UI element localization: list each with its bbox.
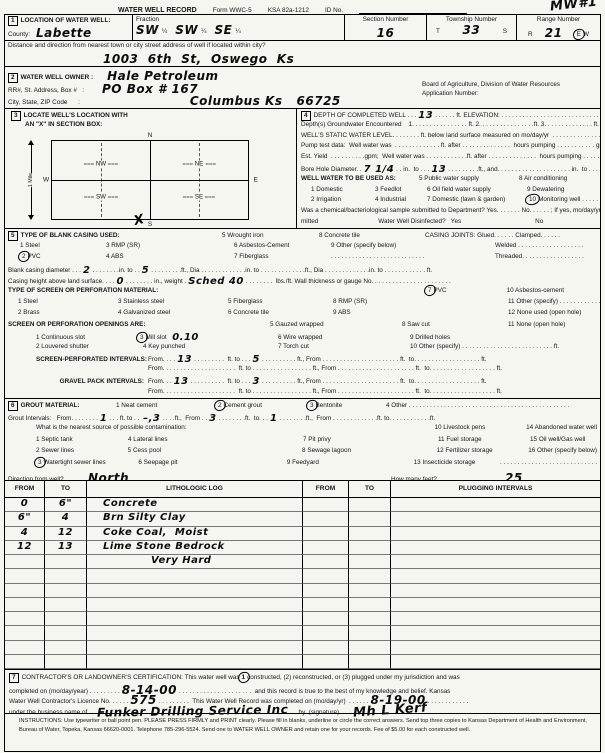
how-many-feet-label: How many feet? [391, 476, 503, 481]
screen-intervals-label: SCREEN-PERFORATED INTERVALS: [36, 356, 148, 363]
range-label: Range Number [520, 16, 597, 23]
casing-title: TYPE OF BLANK CASING USED: [21, 232, 120, 239]
section-location-diagram: N S W E NW NE SW SE X [51, 140, 249, 220]
col-to: TO [45, 481, 87, 498]
water-well-record-form: WATER WELL RECORD Form WWC-5 KSA 82a-121… [0, 0, 605, 753]
county-value: Labette [36, 27, 92, 39]
well-x-mark: X [133, 213, 146, 228]
casing-pvc-selected: 2PVC [20, 253, 106, 260]
grout-to-2: 1 [270, 414, 277, 424]
quadrant-se: SE [182, 194, 216, 201]
certification-text: CONTRACTOR'S OR LANDOWNER'S CERTIFICATIO… [22, 674, 240, 681]
north-label: N [147, 132, 154, 139]
owner-address-label: RR#, St. Address, Box # : [8, 87, 84, 94]
use-title: WELL WATER TO BE USED AS: [301, 175, 419, 182]
county-cell: 1LOCATION OF WATER WELL: County:Labette [5, 15, 133, 40]
table-row: 4 [5, 527, 45, 541]
agency-name: Board of Agriculture, Division of Water … [422, 80, 594, 89]
col-from: FROM [5, 481, 45, 498]
col-from-2: FROM [303, 481, 349, 498]
watertight-sewer-selected: 3Watertight sewer lines [36, 459, 138, 466]
openings-title: SCREEN OR PERFORATION OPENINGS ARE: [8, 321, 270, 328]
grout-section: 6GROUT MATERIAL: 1 Neat cement 2Cement g… [5, 399, 600, 481]
casing-joints-label: CASING JOINTS: Glued. . . . . . Clamped.… [425, 232, 597, 239]
gravel-intervals-label: GRAVEL PACK INTERVALS: [36, 378, 148, 385]
owner-value: Hale Petroleum [107, 70, 218, 82]
mill-slot-size-value: 0.10 [172, 333, 199, 343]
location-title: LOCATION OF WATER WELL: [21, 17, 111, 24]
form-body: 1LOCATION OF WATER WELL: County:Labette … [4, 14, 601, 752]
bore-diameter-value: 7 1/4 [364, 165, 395, 175]
range-cell: Range Number R 21 EW [517, 15, 600, 40]
monitoring-well-circled: 10 [527, 196, 538, 203]
certification-section: 7CONTRACTOR'S OR LANDOWNER'S CERTIFICATI… [5, 670, 600, 714]
township-cell: Township Number T 33 S [427, 15, 517, 40]
depth-panel: 4DEPTH OF COMPLETED WELL . . .13. . . . … [297, 109, 600, 228]
application-number-label: Application Number: [422, 89, 594, 98]
disinfected-no: No [535, 218, 543, 225]
form-statute: KSA 82a-1212 [268, 7, 309, 14]
col-to-2: TO [349, 481, 391, 498]
casing-diameter-value: 2 [83, 266, 90, 276]
disinfected-label: Water Well Disinfected? Yes [378, 218, 461, 225]
table-row: 6" [5, 512, 45, 526]
grout-to-1: –,3 [143, 414, 160, 424]
owner-address-value: PO Box # 167 [102, 83, 198, 95]
well-address-value: 1003 6th St, Oswego Ks [103, 53, 294, 65]
cement-grout-selected: 2Cement grout [216, 402, 308, 409]
casing-depth-value: 5 [142, 266, 149, 276]
distance-row: Distance and direction from nearest town… [5, 41, 600, 67]
casing-section: 5TYPE OF BLANK CASING USED: 5 Wrought ir… [5, 229, 600, 399]
west-label: W [42, 177, 50, 184]
casing-height-value: 0 [117, 277, 124, 287]
owner-city-value: Columbus Ks 66725 [190, 95, 341, 107]
section-7-number: 7 [9, 673, 19, 683]
screen-pvc-selected: 7PVC [426, 287, 447, 294]
range-value: 21 [545, 27, 563, 39]
id-label: ID No. [325, 7, 343, 14]
quadrant-ne: NE [182, 161, 217, 168]
section-number-label: Section Number [348, 16, 423, 23]
col-lithologic-log: LITHOLOGIC LOG [87, 481, 303, 498]
owner-section: 2WATER WELL OWNER :Hale Petroleum RR#, S… [5, 67, 600, 109]
gravel-interval-from: 13 [174, 377, 189, 387]
fraction-value: SW¼ SW¼ SE¼ [136, 23, 341, 35]
est-yield-line: Est. Yield . . . . . . . . . .gpm; Well … [301, 153, 600, 160]
col-plugging-intervals: PLUGGING INTERVALS [391, 481, 600, 498]
form-number: Form WWC-5 [213, 7, 252, 14]
table-row [5, 555, 45, 569]
groundwater-line: Depth(s) Groundwater Encountered 1. . . … [301, 121, 599, 128]
bentonite-selected: 3Bentonite [308, 402, 386, 409]
agency-block: Board of Agriculture, Division of Water … [422, 80, 594, 99]
section-number-cell: Section Number 16 [345, 15, 427, 40]
table-row: 12 [5, 541, 45, 555]
township-label: Township Number [430, 16, 513, 23]
direction-label: Direction from well? [8, 476, 86, 481]
locate-title-1: LOCATE WELL'S LOCATION WITH [24, 112, 128, 119]
one-mile-label: 1 Mile [27, 173, 35, 187]
quadrant-nw: NW [83, 161, 119, 168]
use-monitoring-well: 10Monitoring well . . . . . . . . . . . … [527, 196, 600, 203]
well-depth-value: 13 [418, 111, 433, 121]
south-label: S [147, 221, 153, 228]
screen-interval-to: 5 [252, 355, 259, 365]
section-1-number: 1 [8, 16, 18, 26]
location-row: 1LOCATION OF WATER WELL: County:Labette … [5, 15, 600, 41]
casing-weight-value: Sched 40 [188, 277, 244, 287]
grout-title: GROUT MATERIAL: [21, 402, 80, 409]
form-title: WATER WELL RECORD [118, 7, 197, 14]
instructions-footnote: INSTRUCTIONS: Use typewriter or ball poi… [5, 714, 600, 751]
fraction-cell: Fraction SW¼ SW¼ SE¼ [133, 15, 345, 40]
section-5-number: 5 [8, 231, 18, 241]
east-label: E [253, 177, 259, 184]
grout-from-1: 1 [100, 414, 107, 424]
owner-label: WATER WELL OWNER : [21, 74, 94, 81]
section-box-panel: 3LOCATE WELL'S LOCATION WITH AN "X" IN S… [5, 109, 297, 228]
locate-title-2: AN "X" IN SECTION BOX: [11, 121, 296, 128]
section-2-number: 2 [8, 73, 18, 83]
grout-from-2: 3 [209, 414, 216, 424]
one-mile-scale: 1 Mile [25, 140, 37, 220]
fraction-label: Fraction [136, 16, 341, 23]
form-header: WATER WELL RECORD Form WWC-5 KSA 82a-121… [0, 0, 605, 14]
constructed-selected: 1 [240, 674, 248, 681]
business-name-value: Funker Drilling Service Inc [97, 703, 288, 718]
arrow-down-icon [28, 215, 34, 220]
quadrant-sw: SW [83, 194, 119, 201]
direction-value: North [88, 472, 129, 481]
section-4-number: 4 [301, 111, 311, 121]
county-label: County: [8, 31, 30, 38]
screen-interval-from: 13 [177, 355, 192, 365]
static-level-line: WELL'S STATIC WATER LEVEL. . . . . . . .… [301, 132, 600, 139]
gravel-interval-to: 3 [252, 377, 259, 387]
contamination-question: What is the nearest source of possible c… [36, 424, 434, 431]
table-row: 0 [5, 498, 45, 512]
feet-value: 25 [505, 472, 595, 481]
screen-material-title: TYPE OF SCREEN OR PERFORATION MATERIAL: [8, 287, 248, 294]
section-3-number: 3 [11, 111, 21, 121]
distance-question: Distance and direction from nearest town… [8, 42, 597, 49]
township-value: 33 [462, 24, 480, 36]
section-number-value: 16 [377, 27, 395, 39]
owner-city-label: City, State, ZIP Code : [8, 99, 80, 106]
lithologic-log-table: FROM TO LITHOLOGIC LOG FROM TO PLUGGING … [5, 481, 600, 670]
mill-slot-selected: 3Mill slot 0.10 [138, 332, 278, 342]
bore-depth-value: 13 [431, 165, 446, 175]
well-id-handwritten: MW#1 [549, 0, 597, 13]
range-east-circled: EW [575, 23, 589, 40]
pump-test-line: Pump test data: Well water was . . . . .… [301, 142, 600, 149]
location-depth-row: 3LOCATE WELL'S LOCATION WITH AN "X" IN S… [5, 109, 600, 229]
sample-question-line: Was a chemical/bacteriological sample su… [301, 207, 600, 214]
section-6-number: 6 [8, 401, 18, 411]
id-blank-line [359, 7, 467, 14]
